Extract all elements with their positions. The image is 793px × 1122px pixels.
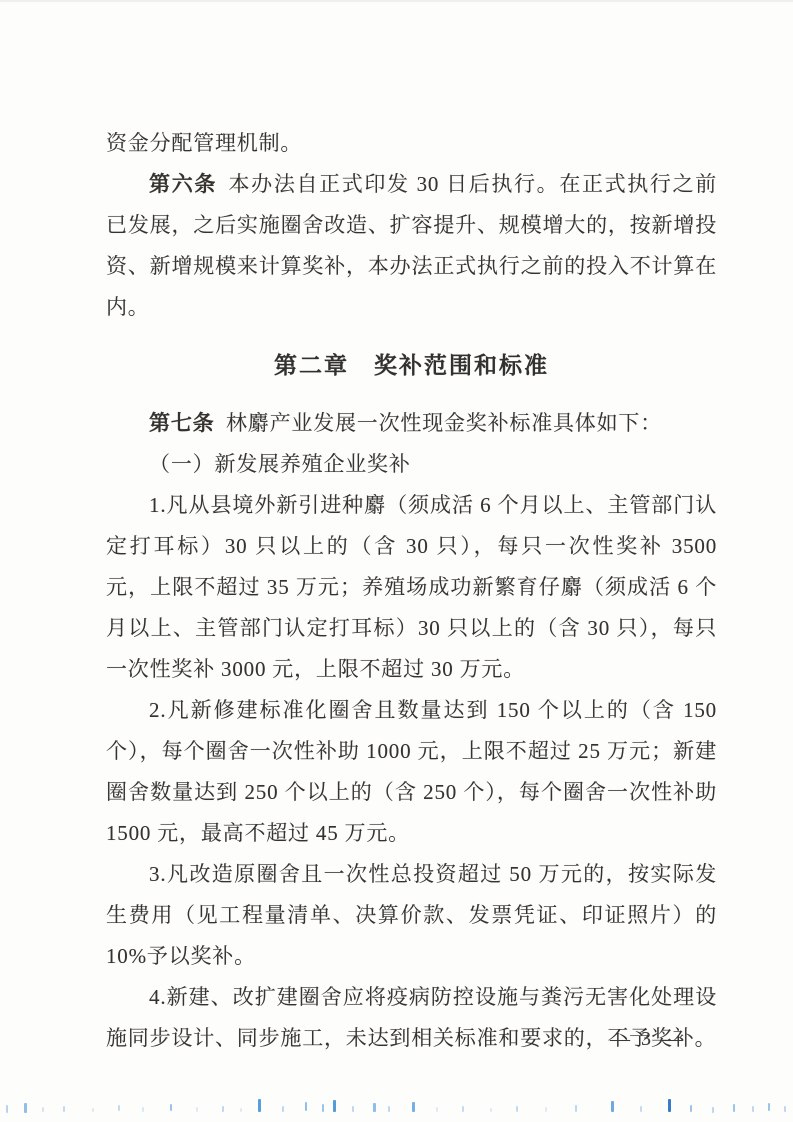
scan-artifact-mark — [282, 1106, 284, 1112]
article-number-label: 第七条 — [149, 411, 214, 435]
scan-artifact-mark — [640, 1106, 642, 1112]
scan-artifact-mark — [42, 1107, 44, 1112]
scan-artifact-mark — [24, 1103, 27, 1113]
paragraph-text: 2.凡新修建标准化圈舍且数量达到 150 个以上的（含 150 个），每个圈舍一… — [106, 698, 717, 845]
scan-artifact-mark — [222, 1106, 224, 1112]
paragraph-article-7: 第七条林麝产业发展一次性现金奖补标准具体如下： — [106, 403, 717, 444]
scan-artifact-mark — [752, 1106, 754, 1112]
paragraph-text: （一）新发展养殖企业奖补 — [149, 452, 411, 476]
paragraph-text: 资金分配管理机制。 — [106, 131, 302, 155]
paragraph-text: 3.凡改造原圈舍且一次性总投资超过 50 万元的，按实际发生费用（见工程量清单、… — [106, 862, 717, 968]
scan-artifact-mark — [92, 1108, 94, 1112]
paragraph-item-3: 3.凡改造原圈舍且一次性总投资超过 50 万元的，按实际发生费用（见工程量清单、… — [106, 854, 717, 977]
scan-artifact-mark — [575, 1105, 577, 1112]
paragraph-text: 1.凡从县境外新引进种麝（须成活 6 个月以上、主管部门认定打耳标）30 只以上… — [106, 493, 717, 681]
scan-artifact-mark — [462, 1106, 464, 1112]
scan-artifact-mark — [733, 1104, 735, 1112]
scan-artifact-mark — [668, 1099, 671, 1112]
paragraph-article-6: 第六条本办法自正式印发 30 日后执行。在正式执行之前已发展，之后实施圈舍改造、… — [106, 164, 717, 328]
scan-artifact-mark — [352, 1106, 354, 1112]
scan-artifact-mark — [118, 1105, 120, 1111]
paragraph-item-2: 2.凡新修建标准化圈舍且数量达到 150 个以上的（含 150 个），每个圈舍一… — [106, 690, 717, 854]
scan-artifact-mark — [784, 1106, 786, 1112]
scan-artifact-mark — [768, 1103, 770, 1111]
scan-artifact-mark — [333, 1100, 336, 1112]
scan-artifact-mark — [305, 1102, 307, 1111]
scan-artifact-mark — [436, 1107, 438, 1112]
paragraph-item-1: 1.凡从县境外新引进种麝（须成活 6 个月以上、主管部门认定打耳标）30 只以上… — [106, 485, 717, 690]
article-number-label: 第六条 — [149, 172, 217, 196]
document-page: 资金分配管理机制。 第六条本办法自正式印发 30 日后执行。在正式执行之前已发展… — [0, 0, 793, 1122]
paragraph-subsection-1-title: （一）新发展养殖企业奖补 — [106, 444, 717, 485]
scan-artifact-mark — [6, 1105, 8, 1113]
scan-artifact-mark — [258, 1099, 261, 1112]
scan-artifact-mark — [712, 1107, 714, 1113]
scan-artifact-mark — [322, 1104, 324, 1112]
scan-artifact-mark — [490, 1108, 492, 1112]
scan-artifact-mark — [196, 1107, 198, 1112]
scan-artifact-mark — [690, 1105, 692, 1112]
scan-artifact-mark — [240, 1108, 242, 1112]
paragraph-text: 林麝产业发展一次性现金奖补标准具体如下： — [226, 411, 662, 435]
scan-artifact-mark — [611, 1101, 614, 1112]
scan-artifact-mark — [388, 1106, 390, 1112]
page-number: — 3 — — [610, 1028, 685, 1051]
scan-artifact-mark — [170, 1104, 172, 1111]
scan-artifact-mark — [516, 1106, 518, 1112]
chapter-heading: 第二章 奖补范围和标准 — [106, 345, 717, 386]
scan-artifact-mark — [63, 1106, 65, 1112]
scan-artifact-mark — [545, 1107, 547, 1112]
paragraph-continuation: 资金分配管理机制。 — [106, 123, 717, 164]
scan-artifact-mark — [142, 1107, 144, 1112]
scan-artifact-mark — [412, 1102, 415, 1112]
scan-artifact-mark — [373, 1103, 376, 1112]
document-body: 资金分配管理机制。 第六条本办法自正式印发 30 日后执行。在正式执行之前已发展… — [106, 123, 717, 1059]
